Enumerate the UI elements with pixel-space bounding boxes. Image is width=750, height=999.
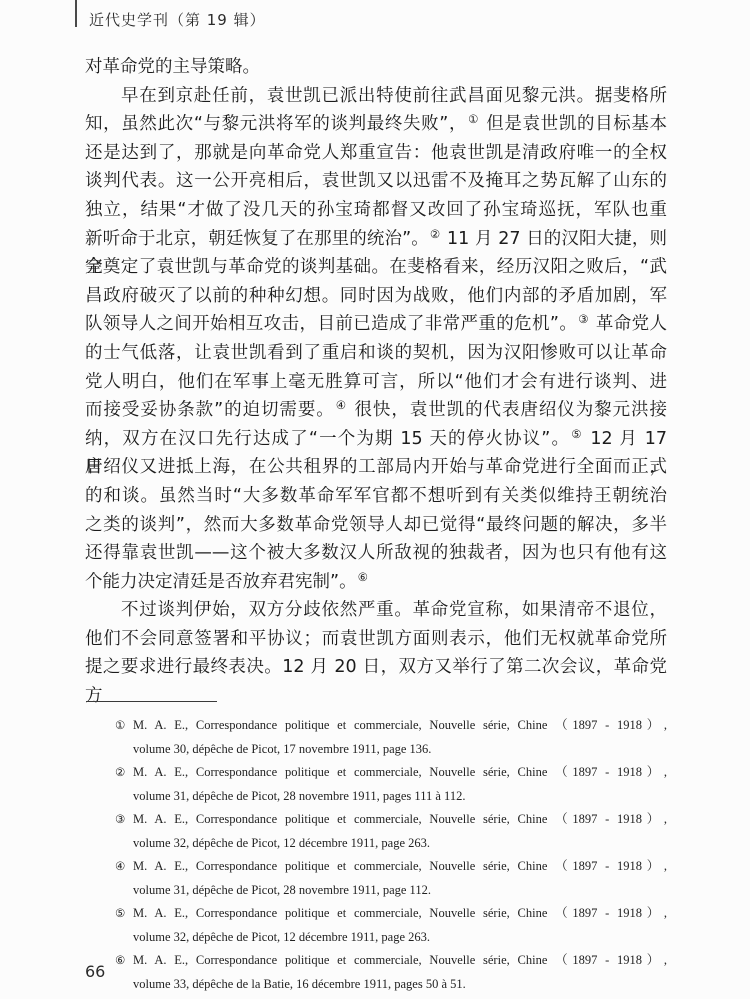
footnote-ref-icon: ① (468, 112, 479, 126)
page-number: 66 (85, 962, 105, 981)
footnote-line: volume 33, dépêche de la Batie, 16 décem… (133, 973, 667, 997)
footnote-line: M. A. E., Correspondance politique et co… (133, 761, 667, 785)
text-line: 之类的谈判”，然而大多数革命党领导人却已觉得“最终问题的解决，多半 (85, 511, 667, 540)
footnote-item: ③M. A. E., Correspondance politique et c… (115, 808, 667, 855)
footnote-ref-icon: ⑤ (571, 427, 582, 441)
text-line: 而接受妥协条款”的迫切需要。④ 很快，袁世凯的代表唐绍仪为黎元洪接 (85, 396, 667, 425)
footnote-ref-icon: ③ (578, 312, 589, 326)
footnote-item: ①M. A. E., Correspondance politique et c… (115, 714, 667, 761)
footnote-line: M. A. E., Correspondance politique et co… (133, 949, 667, 973)
text-line: 还是达到了，那就是向革命党人郑重宣告：他袁世凯是清政府唯一的全权 (85, 139, 667, 168)
footnote-marker: ⑤ (115, 902, 125, 926)
text-line: 队领导人之间开始相互攻击，目前已造成了非常严重的危机”。③ 革命党人 (85, 310, 667, 339)
footnote-item: ②M. A. E., Correspondance politique et c… (115, 761, 667, 808)
text-line: 新听命于北京，朝廷恢复了在那里的统治”。② 11 月 27 日的汉阳大捷，则完 (85, 225, 667, 254)
footnote-line: M. A. E., Correspondance politique et co… (133, 902, 667, 926)
text-line: 党人明白，他们在军事上毫无胜算可言，所以“他们才会有进行谈判、进 (85, 368, 667, 397)
text-line: 独立，结果“才做了没几天的孙宝琦都督又改回了孙宝琦巡抚，军队也重 (85, 196, 667, 225)
footnote-item: ⑥M. A. E., Correspondance politique et c… (115, 949, 667, 996)
text-line: 不过谈判伊始，双方分歧依然严重。革命党宣称，如果清帝不退位， (85, 596, 667, 625)
footnote-line: M. A. E., Correspondance politique et co… (133, 714, 667, 738)
footnote-line: volume 31, dépêche de Picot, 28 novembre… (133, 879, 667, 903)
text-line: 他们不会同意签署和平协议；而袁世凯方面则表示，他们无权就革命党所 (85, 625, 667, 654)
footnote-marker: ③ (115, 808, 125, 832)
body-text: 对革命党的主导策略。早在到京赴任前，袁世凯已派出特使前往武昌面见黎元洪。据斐格所… (85, 53, 667, 682)
footnote-separator (86, 701, 217, 702)
text-line: 纳，双方在汉口先行达成了“一个为期 15 天的停火协议”。⑤ 12 月 17 日… (85, 425, 667, 454)
text-line: 还得靠袁世凯——这个被大多数汉人所敌视的独裁者，因为也只有他有这 (85, 539, 667, 568)
text-line: 提之要求进行最终表决。12 月 20 日，双方又举行了第二次会议，革命党方 (85, 653, 667, 682)
running-header-title: 近代史学刊（第 19 辑） (89, 9, 266, 30)
text-line: 唐绍仪又进抵上海，在公共租界的工部局内开始与革命党进行全面而正式 (85, 453, 667, 482)
footnote-marker: ① (115, 714, 125, 738)
footnote-list: ①M. A. E., Correspondance politique et c… (115, 714, 667, 996)
text-line: 个能力决定清廷是否放弃君宪制”。⑥ (85, 568, 667, 597)
text-line: 的士气低落，让袁世凯看到了重启和谈的契机，因为汉阳惨败可以让革命 (85, 339, 667, 368)
footnote-ref-icon: ⑥ (358, 570, 368, 584)
footnote-marker: ⑥ (115, 949, 125, 973)
text-line: 全奠定了袁世凯与革命党的谈判基础。在斐格看来，经历汉阳之败后，“武 (85, 253, 667, 282)
footnote-line: volume 32, dépêche de Picot, 12 décembre… (133, 832, 667, 856)
footnote-line: M. A. E., Correspondance politique et co… (133, 808, 667, 832)
text-line: 早在到京赴任前，袁世凯已派出特使前往武昌面见黎元洪。据斐格所 (85, 82, 667, 111)
text-line: 谈判代表。这一公开亮相后，袁世凯又以迅雷不及掩耳之势瓦解了山东的 (85, 167, 667, 196)
footnote-ref-icon: ④ (336, 398, 347, 412)
footnote-marker: ② (115, 761, 125, 785)
text-line: 知，虽然此次“与黎元洪将军的谈判最终失败”，① 但是袁世凯的目标基本 (85, 110, 667, 139)
footnote-marker: ④ (115, 855, 125, 879)
book-page: 近代史学刊（第 19 辑） 对革命党的主导策略。早在到京赴任前，袁世凯已派出特使… (0, 0, 750, 999)
footnote-line: volume 31, dépêche de Picot, 28 novembre… (133, 785, 667, 809)
footnote-line: M. A. E., Correspondance politique et co… (133, 855, 667, 879)
footnote-item: ⑤M. A. E., Correspondance politique et c… (115, 902, 667, 949)
text-line: 昌政府破灭了以前的种种幻想。同时因为战败，他们内部的矛盾加剧，军 (85, 282, 667, 311)
footnote-line: volume 32, dépêche de Picot, 12 décembre… (133, 926, 667, 950)
footnote-line: volume 30, dépêche de Picot, 17 novembre… (133, 738, 667, 762)
text-line: 的和谈。虽然当时“大多数革命军军官都不想听到有关类似维持王朝统治 (85, 482, 667, 511)
footnote-ref-icon: ② (430, 227, 440, 241)
text-line: 对革命党的主导策略。 (85, 53, 667, 82)
header-rule (75, 0, 77, 27)
footnote-item: ④M. A. E., Correspondance politique et c… (115, 855, 667, 902)
